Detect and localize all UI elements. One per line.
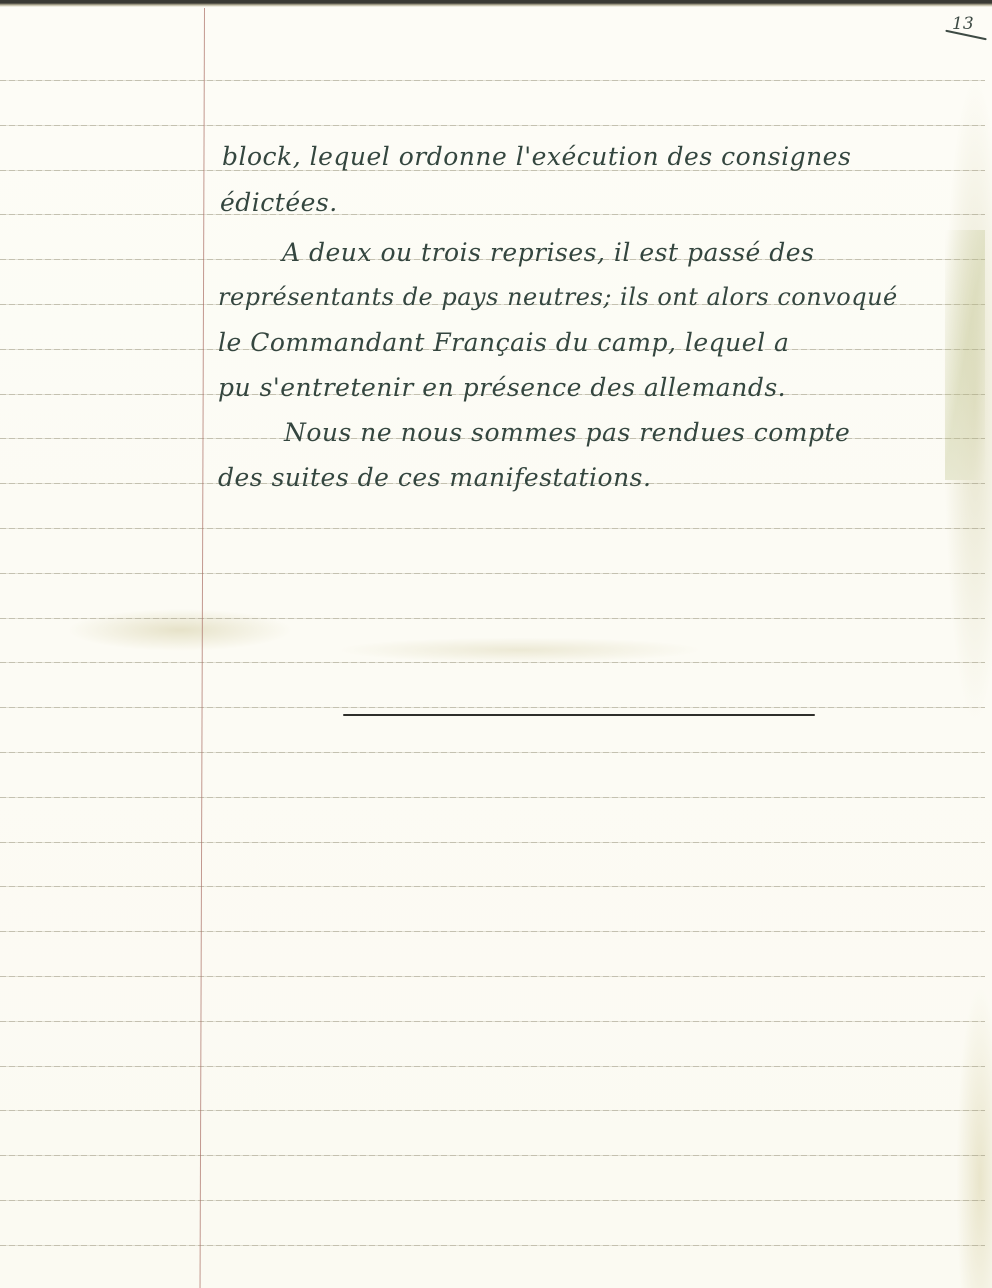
ruled-line [0, 528, 985, 529]
ruled-line [0, 1200, 985, 1201]
ruled-line [0, 842, 985, 843]
text-line-2: édictées. [220, 188, 338, 217]
margin-line [200, 8, 205, 1288]
text-line-5: le Commandant Français du camp, lequel a [218, 328, 789, 357]
ruled-line [0, 707, 985, 708]
text-line-3: A deux ou trois reprises, il est passé d… [282, 238, 814, 267]
ruled-line [0, 976, 985, 977]
ruled-line [0, 752, 985, 753]
ruled-line [0, 662, 985, 663]
notebook-page: 13 block, lequel ordonne l'exécution des… [0, 0, 992, 1288]
closing-horizontal-stroke [343, 714, 815, 716]
text-line-8: des suites de ces manifestations. [218, 463, 651, 492]
ruled-line [0, 797, 985, 798]
ruled-line [0, 214, 985, 215]
text-line-7: Nous ne nous sommes pas rendues compte [284, 418, 850, 447]
ruled-line [0, 1155, 985, 1156]
ruled-line [0, 1066, 985, 1067]
paper-fold-stain [945, 230, 985, 480]
ruled-line [0, 1021, 985, 1022]
ruled-line [0, 573, 985, 574]
ruled-line [0, 80, 985, 81]
ruled-line [0, 125, 985, 126]
ruled-line [0, 1245, 985, 1246]
text-line-6: pu s'entretenir en présence des allemand… [218, 373, 786, 402]
page-top-edge [0, 0, 992, 7]
ruled-line [0, 931, 985, 932]
text-line-4: représentants de pays neutres; ils ont a… [218, 283, 898, 311]
ruled-line [0, 886, 985, 887]
text-line-1: block, lequel ordonne l'exécution des co… [222, 142, 851, 171]
ruled-line [0, 618, 985, 619]
ruled-line [0, 1110, 985, 1111]
